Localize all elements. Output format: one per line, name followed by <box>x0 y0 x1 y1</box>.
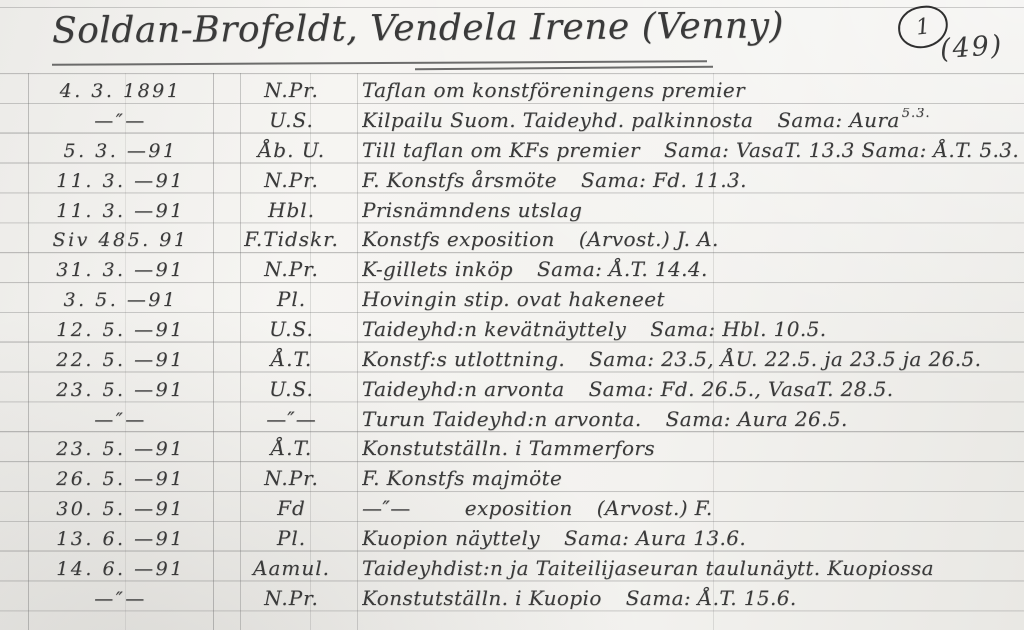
entry-description: Konstutställn. i Tammerfors <box>362 436 1024 460</box>
entry-reference: Sama: Å.T. 15.6. <box>626 586 799 610</box>
entry-text: Kilpailu Suom. Taideyhd. palkinnosta <box>362 108 753 132</box>
entry-text: Konstf:s utlottning. <box>362 347 565 371</box>
entry-date: 23. 5. —91 <box>28 438 213 460</box>
entry-text: —″— exposition <box>362 496 573 520</box>
entry-source-abbr: N.Pr. <box>240 466 357 490</box>
entry-source-abbr: Fd <box>240 496 357 520</box>
entry-description: Prisnämndens utslag <box>362 198 1024 222</box>
entry-description: F. Konstfs majmöte <box>362 466 1024 490</box>
page-number-secondary: (49) <box>939 30 1004 65</box>
circled-page-number-value: 1 <box>915 14 932 41</box>
entry-description: Konstfs exposition (Arvost.) J. A. <box>362 227 1024 251</box>
entry-source-abbr: Åb. U. <box>240 138 357 162</box>
table-row: —″— N.Pr. Konstutställn. i Kuopio Sama: … <box>0 581 1024 611</box>
table-row: 3. 5. —91 Pl. Hovingin stip. ovat hakene… <box>0 282 1024 312</box>
table-row: 5. 3. —91 Åb. U. Till taflan om KFs prem… <box>0 133 1024 163</box>
entry-description: F. Konstfs årsmöte Sama: Fd. 11.3. <box>362 168 1024 192</box>
entry-date: 12. 5. —91 <box>28 319 213 341</box>
entry-reference <box>689 287 691 311</box>
table-row: 30. 5. —91 Fd —″— exposition (Arvost.) F… <box>0 491 1024 521</box>
entry-text: Till taflan om KFs premier <box>362 138 640 162</box>
entry-reference: Sama: Aura 13.6. <box>564 526 748 550</box>
entry-source-abbr: N.Pr. <box>240 257 357 281</box>
entry-date: Siv 485. 91 <box>28 229 213 251</box>
entry-reference: Sama: Aura5.3. <box>777 108 930 132</box>
entry-description: Taflan om konstföreningens premier <box>362 78 1024 102</box>
entry-date: —″— <box>28 409 213 431</box>
entry-description: Konstf:s utlottning. Sama: 23.5, ÅU. 22.… <box>362 347 1024 371</box>
table-row: 31. 3. —91 N.Pr. K-gillets inköp Sama: Å… <box>0 252 1024 282</box>
entry-source-abbr: Å.T. <box>240 436 357 460</box>
entry-text: Konstutställn. i Kuopio <box>362 586 602 610</box>
entry-reference: Sama: Aura 26.5. <box>666 407 850 431</box>
table-row: 12. 5. —91 U.S. Taideyhd:n kevätnäyttely… <box>0 312 1024 342</box>
entry-reference-superscript: 5.3. <box>902 108 931 121</box>
entry-reference: (Arvost.) J. A. <box>579 227 721 251</box>
title-underline <box>52 60 707 65</box>
entry-reference: (Arvost.) F. <box>597 496 715 520</box>
entry-source-abbr: Pl. <box>240 287 357 311</box>
entry-text: F. Konstfs majmöte <box>362 466 562 490</box>
table-row: 23. 5. —91 Å.T. Konstutställn. i Tammerf… <box>0 432 1024 462</box>
entry-source-abbr: U.S. <box>240 108 357 132</box>
entry-reference: Sama: Hbl. 10.5. <box>650 317 828 341</box>
entry-date: 26. 5. —91 <box>28 468 213 490</box>
entry-source-abbr: N.Pr. <box>240 78 357 102</box>
entry-source-abbr: N.Pr. <box>240 586 357 610</box>
table-row: 23. 5. —91 U.S. Taideyhd:n arvonta Sama:… <box>0 372 1024 402</box>
entry-source-abbr: U.S. <box>240 377 357 401</box>
entry-source-abbr: Å.T. <box>240 347 357 371</box>
entry-reference: Sama: 23.5, ÅU. 22.5. ja 23.5 ja 26.5. <box>589 347 983 371</box>
entry-date: 13. 6. —91 <box>28 528 213 550</box>
ledger-rows: 4. 3. 1891 N.Pr. Taflan om konstförening… <box>0 73 1024 610</box>
entry-reference: Sama: Fd. 11.3. <box>581 168 749 192</box>
entry-description: Till taflan om KFs premier Sama: VasaT. … <box>362 138 1024 162</box>
table-row: —″— —″— Turun Taideyhd:n arvonta. Sama: … <box>0 402 1024 432</box>
entry-source-abbr: —″— <box>240 407 357 431</box>
entry-source-abbr: Aamul. <box>240 556 357 580</box>
entry-date: —″— <box>28 110 213 132</box>
entry-date: 5. 3. —91 <box>28 140 213 162</box>
entry-description: Hovingin stip. ovat hakeneet <box>362 287 1024 311</box>
entry-reference <box>958 556 960 580</box>
entry-source-abbr: N.Pr. <box>240 168 357 192</box>
entry-date: —″— <box>28 588 213 610</box>
table-row: 11. 3. —91 Hbl. Prisnämndens utslag <box>0 193 1024 223</box>
table-row: 11. 3. —91 N.Pr. F. Konstfs årsmöte Sama… <box>0 163 1024 193</box>
table-row: 13. 6. —91 Pl. Kuopion näyttely Sama: Au… <box>0 521 1024 551</box>
table-row: Siv 485. 91 F.Tidskr. Konstfs exposition… <box>0 223 1024 253</box>
entry-description: Konstutställn. i Kuopio Sama: Å.T. 15.6. <box>362 586 1024 610</box>
entry-date: 23. 5. —91 <box>28 379 213 401</box>
entry-reference: Sama: Å.T. 14.4. <box>537 257 710 281</box>
entry-source-abbr: Hbl. <box>240 198 357 222</box>
entry-description: Kuopion näyttely Sama: Aura 13.6. <box>362 526 1024 550</box>
entry-description: —″— exposition (Arvost.) F. <box>362 496 1024 520</box>
entry-date: 31. 3. —91 <box>28 259 213 281</box>
table-row: 22. 5. —91 Å.T. Konstf:s utlottning. Sam… <box>0 342 1024 372</box>
entry-text: Hovingin stip. ovat hakeneet <box>362 287 665 311</box>
entry-reference <box>586 466 588 490</box>
entry-text: Taideyhdist:n ja Taiteilijaseuran taulun… <box>362 556 934 580</box>
entry-date: 11. 3. —91 <box>28 170 213 192</box>
entry-text: Taideyhd:n arvonta <box>362 377 565 401</box>
entry-date: 3. 5. —91 <box>28 289 213 311</box>
table-row: —″— U.S. Kilpailu Suom. Taideyhd. palkin… <box>0 103 1024 133</box>
entry-reference: Sama: VasaT. 13.3 Sama: Å.T. 5.3. <box>664 138 1021 162</box>
entry-reference: Sama: Fd. 26.5., VasaT. 28.5. <box>589 377 896 401</box>
entry-date: 22. 5. —91 <box>28 349 213 371</box>
entry-reference <box>679 436 681 460</box>
entry-text: Taideyhd:n kevätnäyttely <box>362 317 626 341</box>
entry-reference <box>769 78 771 102</box>
entry-date: 30. 5. —91 <box>28 498 213 520</box>
title-underline-second <box>415 66 713 71</box>
entry-text: Kuopion näyttely <box>362 526 540 550</box>
entry-source-abbr: F.Tidskr. <box>240 227 357 251</box>
entry-text: K-gillets inköp <box>362 257 513 281</box>
page-title: Soldan-Brofeldt, Vendela Irene (Venny) <box>52 5 784 51</box>
entry-source-abbr: U.S. <box>240 317 357 341</box>
table-row: 14. 6. —91 Aamul. Taideyhdist:n ja Taite… <box>0 551 1024 581</box>
entry-source-abbr: Pl. <box>240 526 357 550</box>
entry-text: F. Konstfs årsmöte <box>362 168 557 192</box>
table-row: 4. 3. 1891 N.Pr. Taflan om konstförening… <box>0 73 1024 103</box>
entry-description: Taideyhd:n kevätnäyttely Sama: Hbl. 10.5… <box>362 317 1024 341</box>
entry-date: 11. 3. —91 <box>28 200 213 222</box>
ledger-page: Soldan-Brofeldt, Vendela Irene (Venny) 1… <box>0 0 1024 630</box>
table-row: 26. 5. —91 N.Pr. F. Konstfs majmöte <box>0 461 1024 491</box>
entry-description: Taideyhdist:n ja Taiteilijaseuran taulun… <box>362 556 1024 580</box>
entry-date: 14. 6. —91 <box>28 558 213 580</box>
entry-text: Konstutställn. i Tammerfors <box>362 436 655 460</box>
entry-reference <box>606 198 608 222</box>
entry-description: Turun Taideyhd:n arvonta. Sama: Aura 26.… <box>362 407 1024 431</box>
entry-text: Prisnämndens utslag <box>362 198 582 222</box>
entry-text: Taflan om konstföreningens premier <box>362 78 745 102</box>
entry-text: Konstfs exposition <box>362 227 555 251</box>
entry-description: Taideyhd:n arvonta Sama: Fd. 26.5., Vasa… <box>362 377 1024 401</box>
entry-text: Turun Taideyhd:n arvonta. <box>362 407 642 431</box>
entry-description: K-gillets inköp Sama: Å.T. 14.4. <box>362 257 1024 281</box>
entry-description: Kilpailu Suom. Taideyhd. palkinnosta Sam… <box>362 108 1024 132</box>
entry-date: 4. 3. 1891 <box>28 80 213 102</box>
